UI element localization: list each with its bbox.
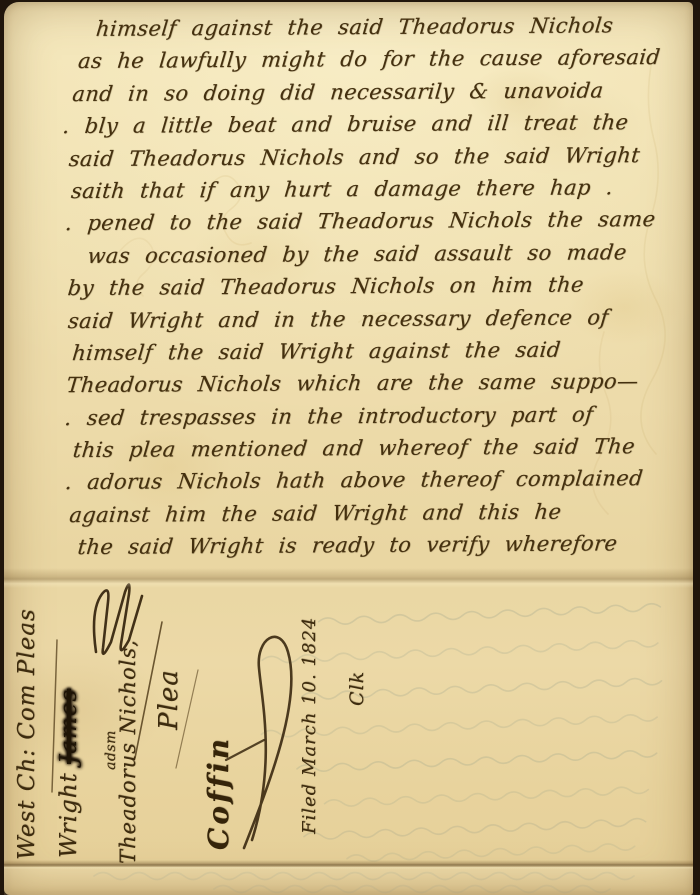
plea-text: himself against the said Theadorus Nicho… — [60, 10, 685, 565]
signature-flourish — [244, 637, 291, 848]
manuscript-line: against him the said Wright and this he — [64, 496, 688, 533]
manuscript-line: was occasioned by the said assault so ma… — [62, 237, 686, 274]
manuscript-line: . bly a little beat and bruise and ill t… — [61, 107, 685, 144]
plea-label: Plea — [154, 669, 184, 730]
attorney-signature: Coffin — [202, 736, 235, 850]
manuscript-line: said Wright and in the necessary defence… — [62, 301, 686, 338]
manuscript-line: and in so doing did necessarily & unavoi… — [61, 75, 685, 112]
manuscript-line: . sed trespasses in the introductory par… — [63, 398, 687, 435]
manuscript-line: saith that if any hurt a damage there ha… — [61, 172, 685, 209]
document-page: himself against the said Theadorus Nicho… — [4, 2, 693, 895]
clerk-abbrev: Clk — [346, 671, 368, 706]
filed-date: Filed March 10. 1824 — [299, 617, 320, 834]
manuscript-line: himself against the said Theadorus Nicho… — [60, 10, 684, 47]
manuscript-line: Theadorus Nichols which are the same sup… — [63, 366, 687, 403]
plaintiff-name: Theadorus Nichols, — [116, 639, 140, 864]
struck-word: James — [56, 689, 82, 764]
fold-crease-upper — [4, 568, 693, 588]
defendant-surname: Wright — [56, 772, 82, 858]
manuscript-line: said Theadorus Nichols and so the said W… — [61, 139, 685, 176]
defendant-name: Wright James — [56, 689, 82, 858]
lower-leaf-edge — [4, 867, 693, 895]
manuscript-line: . pened to the said Theadorus Nichols th… — [62, 204, 686, 241]
manuscript-line: by the said Theadorus Nichols on him the — [62, 269, 686, 306]
document-scan: himself against the said Theadorus Nicho… — [0, 0, 700, 895]
court-name: West Ch: Com Pleas — [14, 608, 40, 860]
fold-crease-lower — [4, 860, 693, 869]
manuscript-line: as he lawfully might do for the cause af… — [61, 42, 685, 79]
manuscript-line: the said Wright is ready to verify where… — [64, 528, 688, 565]
manuscript-line: . adorus Nichols hath above thereof comp… — [63, 463, 687, 500]
manuscript-line: this plea mentioned and whereof the said… — [63, 431, 687, 468]
manuscript-line: himself the said Wright against the said — [63, 334, 687, 371]
